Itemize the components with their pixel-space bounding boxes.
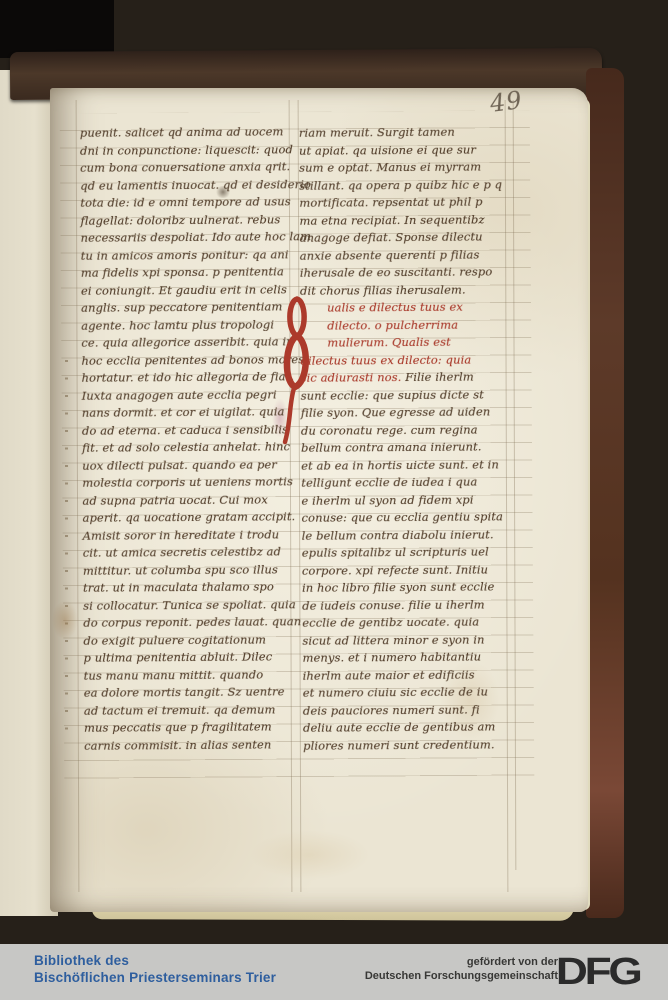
- scan-viewer: 49 puenit. salicet qd anima ad uocemdni …: [0, 0, 668, 1000]
- illuminated-initial-Q: [281, 293, 313, 445]
- text-column-right: riam meruit. Surgit tamenut apiat. qa ui…: [299, 123, 519, 754]
- footer-bar: Bibliothek des Bischöflichen Priestersem…: [0, 944, 668, 1000]
- funding-credit: gefördert von der Deutschen Forschungsge…: [365, 956, 558, 983]
- library-name: Bibliothek des Bischöflichen Priestersem…: [34, 953, 276, 986]
- funding-credit-line2: Deutschen Forschungsgemeinschaft: [365, 970, 558, 984]
- background-shadow: [0, 0, 114, 58]
- library-name-line2: Bischöflichen Priesterseminars Trier: [34, 970, 276, 987]
- page-number: 49: [488, 86, 524, 118]
- library-name-line1: Bibliothek des: [34, 953, 276, 970]
- funding-credit-line1: gefördert von der: [365, 956, 558, 970]
- book-cover-right: [586, 68, 624, 918]
- dfg-logo: DFG: [556, 950, 666, 993]
- pricking-holes: [65, 360, 68, 730]
- text-column-left: puenit. salicet qd anima ad uocemdni in …: [80, 123, 300, 754]
